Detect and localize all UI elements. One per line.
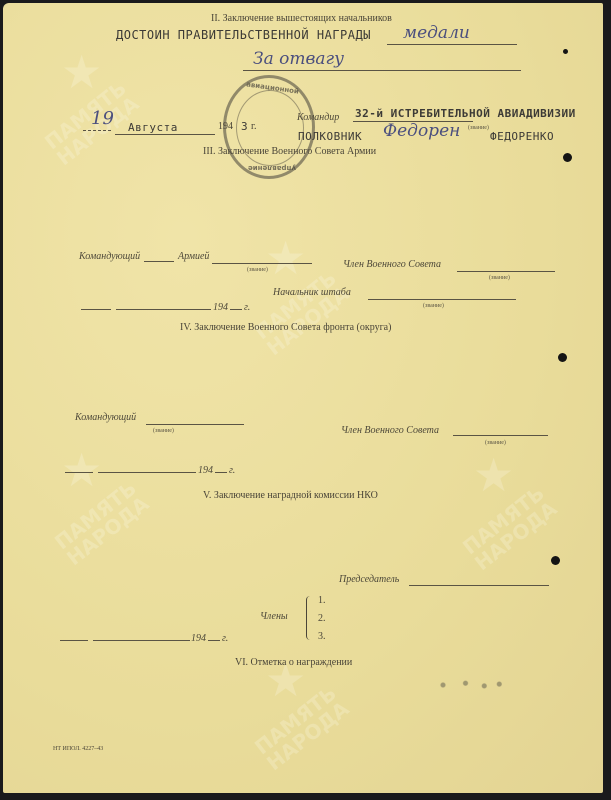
date-month-line (98, 472, 196, 473)
date-g: г. (222, 633, 228, 644)
date-year-line (208, 640, 220, 641)
award-handwritten-name: За отвагу (253, 49, 344, 69)
section6-heading: VI. Отметка о награждении (235, 657, 352, 668)
date-year-prefix: 194 (218, 121, 233, 132)
member-council-line (457, 271, 555, 272)
rank-hint: (звание) (468, 125, 489, 131)
date-day-line (81, 309, 111, 310)
chief-of-staff-line (368, 299, 516, 300)
date-g: г. (229, 465, 235, 476)
section4-heading: IV. Заключение Военного Совета фронта (о… (180, 322, 391, 333)
date-year-line (230, 309, 242, 310)
front-commander-line (146, 424, 244, 425)
date-day-line (83, 130, 111, 131)
punch-hole (551, 556, 560, 565)
front-commander-label: Командующий (75, 412, 136, 423)
commander-signature: Федорен (383, 121, 460, 141)
date-year: 194 (198, 465, 213, 476)
award-line (387, 44, 517, 45)
punch-hole (563, 49, 568, 54)
date-year-suffix: 3 (241, 120, 248, 133)
rank-hint: (звание) (247, 267, 268, 273)
member-3: 3. (318, 631, 326, 642)
punch-hole (563, 153, 572, 162)
army-commander-line (212, 263, 312, 264)
award-prefix: ДОСТОИН ПРАВИТЕЛЬСТВЕННОЙ НАГРАДЫ (116, 28, 371, 42)
members-label: Члены (260, 611, 288, 622)
member-council-label: Член Военного Совета (341, 425, 439, 436)
ink-marks (428, 676, 503, 694)
watermark-star-icon: ★ (265, 231, 306, 285)
print-code: НТ ИПОЛ. 4227–43 (53, 746, 103, 752)
date-month-line (93, 640, 190, 641)
watermark-star-icon: ★ (473, 448, 514, 502)
rank-hint: (звание) (423, 303, 444, 309)
date-day-line (65, 472, 93, 473)
members-brace (306, 596, 313, 640)
date-year: 194 (191, 633, 206, 644)
commander-label: Командир (297, 112, 339, 123)
unit-typed: 32-й ИСТРЕБИТЕЛЬНОЙ АВИАДИВИЗИИ (355, 107, 576, 120)
section5-heading: V. Заключение наградной комиссии НКО (203, 490, 378, 501)
chief-of-staff-label: Начальник штаба (273, 287, 351, 298)
award-handwritten: медали (403, 23, 470, 43)
surname-typed: ФЕДОРЕНКО (490, 130, 554, 143)
date-day-line (60, 640, 88, 641)
army-commander-label: Командующий (79, 251, 140, 262)
rank-typed: ПОЛКОВНИК (298, 130, 362, 143)
date-month-line (115, 134, 215, 135)
section2-heading: II. Заключение вышестоящих начальников (211, 13, 392, 24)
punch-hole (558, 353, 567, 362)
date-day: 19 (91, 108, 114, 129)
date-g: г. (251, 121, 256, 132)
member-council-label: Член Военного Совета (343, 259, 441, 270)
date-year: 194 (213, 302, 228, 313)
member-2: 2. (318, 613, 326, 624)
rank-hint: (звание) (153, 428, 174, 434)
rank-hint: (звание) (489, 275, 510, 281)
official-stamp: авиационной управление (223, 75, 315, 179)
document-page: ★ ПАМЯТЬНАРОДА ★ ПАМЯТЬНАРОДА ★ ПАМЯТЬНА… (3, 3, 603, 793)
army-label: Армией (178, 251, 209, 262)
member-1: 1. (318, 595, 326, 606)
date-g: г. (244, 302, 250, 313)
watermark-star-icon: ★ (61, 443, 102, 497)
member-council-line (453, 435, 548, 436)
date-month-line (116, 309, 211, 310)
chairman-label: Председатель (339, 574, 399, 585)
award-line-2 (243, 70, 521, 71)
chairman-line (409, 585, 549, 586)
date-year-line (215, 472, 227, 473)
army-number-line (144, 261, 174, 262)
section3-heading: III. Заключение Военного Совета Армии (203, 146, 376, 157)
date-month: Августа (128, 121, 178, 134)
rank-hint: (звание) (485, 440, 506, 446)
